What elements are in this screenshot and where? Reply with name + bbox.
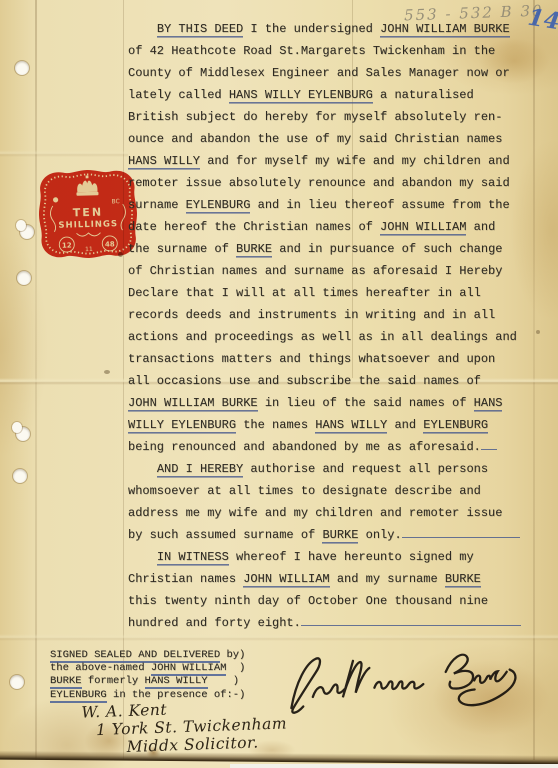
typed-text: and for myself my wife and my children a…	[200, 154, 510, 168]
typed-text: a naturalised	[373, 88, 474, 102]
typed-text: this twenty ninth day of October One tho…	[128, 594, 488, 608]
typed-text: all occasions use and subscribe the said…	[128, 374, 481, 388]
typed-text: Christian names	[128, 572, 243, 586]
punch-hole	[20, 225, 34, 239]
stamp-value-top: TEN	[73, 206, 104, 220]
stamp-code: BC	[111, 198, 119, 205]
underlined-text: JOHN WILLIAM BURKE	[380, 22, 510, 36]
underlined-text: HANS WILLY	[128, 154, 200, 168]
deed-body-line: BY THIS DEED I the undersigned JOHN WILL…	[128, 18, 552, 40]
deed-poll-document: TEN SHILLINGS BC 12 11 48 553 - 532 B 30…	[0, 0, 558, 768]
deed-body-line: being renounced and abandoned by me as a…	[128, 436, 552, 458]
typed-text: only.	[358, 528, 401, 542]
witness-signature-block: W. A. Kent 1 York St. Twickenham Middx S…	[81, 696, 288, 757]
deed-body-line: this twenty ninth day of October One tho…	[128, 590, 552, 612]
typed-text: the surname of	[128, 242, 236, 256]
underlined-text: HANS WILLY EYLENBURG	[229, 88, 373, 102]
page-bottom-edge	[0, 751, 558, 765]
underlined-text: JOHN WILLIAM BURKE	[128, 396, 258, 410]
deed-body-line: County of Middlesex Engineer and Sales M…	[128, 62, 552, 84]
typed-text: records deeds and instruments in writing…	[128, 308, 495, 322]
deed-body-line: of 42 Heathcote Road St.Margarets Twicke…	[128, 40, 552, 62]
ink-rule-line	[301, 621, 521, 626]
deed-body-line: the surname of BURKE and in pursuance of…	[128, 238, 552, 260]
underlined-text: AND I HEREBY	[157, 462, 243, 476]
punch-hole	[13, 469, 27, 483]
underlined-text: EYLENBURG	[50, 689, 107, 701]
deed-body-line: by such assumed surname of BURKE only.	[128, 524, 552, 546]
attestation-line: SIGNED SEALED AND DELIVERED by)	[50, 649, 245, 662]
attestation-line: BURKE formerly HANS WILLY )	[50, 675, 245, 688]
underlined-text: WILLY EYLENBURG	[128, 418, 236, 432]
stamp-value-bottom: SHILLINGS	[58, 219, 118, 231]
paper-speck	[104, 370, 110, 374]
typed-text: of 42 Heathcote Road St.Margarets Twicke…	[128, 44, 495, 58]
underlined-text: JOHN WILLIAM	[380, 220, 466, 234]
underlined-text: JOHN WILLIAM	[243, 572, 329, 586]
burke-ink-signature	[274, 629, 540, 729]
ink-rule-line	[402, 533, 520, 538]
deed-body-line: WILLY EYLENBURG the names HANS WILLY and…	[128, 414, 552, 436]
attestation-line: the above-named JOHN WILLIAM )	[50, 662, 245, 675]
underlined-text: BURKE	[445, 572, 481, 586]
underlined-text: SIGNED SEALED AND DELIVERED	[50, 649, 220, 661]
typed-text: the above-named	[50, 662, 151, 674]
deed-body-line: HANS WILLY and for myself my wife and my…	[128, 150, 552, 172]
stamp-number-left: 12	[62, 241, 72, 249]
deed-body-line: ounce and abandon the use of my said Chr…	[128, 128, 552, 150]
deed-body-line: transactions matters and things whatsoev…	[128, 348, 552, 370]
underlined-text: HANS WILLY	[315, 418, 387, 432]
typed-text: Declare that I will at all times hereaft…	[128, 286, 481, 300]
deed-body-line: address me my wife and my children and r…	[128, 502, 552, 524]
typed-text: the names	[236, 418, 315, 432]
deed-body-line: Declare that I will at all times hereaft…	[128, 282, 552, 304]
typed-text: by such assumed surname of	[128, 528, 322, 542]
deed-body-line: actions and proceedings as well as in al…	[128, 326, 552, 348]
attestation-block: SIGNED SEALED AND DELIVERED by)the above…	[50, 649, 245, 702]
deed-body-text: BY THIS DEED I the undersigned JOHN WILL…	[128, 18, 552, 634]
fold-crease-horizontal-upper	[0, 150, 128, 157]
typed-text: and	[387, 418, 423, 432]
punch-hole	[17, 271, 31, 285]
underlined-text: BURKE	[236, 242, 272, 256]
typed-text: I the undersigned	[243, 22, 380, 36]
typed-text: actions and proceedings as well as in al…	[128, 330, 517, 344]
underlined-text: HANS WILLY	[145, 675, 208, 687]
typed-text	[128, 22, 157, 36]
deed-body-line: of Christian names and surname as afores…	[128, 260, 552, 282]
typed-text	[128, 462, 157, 476]
underlined-text: BURKE	[50, 675, 82, 687]
deed-body-line: date hereof the Christian names of JOHN …	[128, 216, 552, 238]
deed-body-line: JOHN WILLIAM BURKE in lieu of the said n…	[128, 392, 552, 414]
ink-rule-line	[481, 445, 497, 450]
typed-text: date hereof the Christian names of	[128, 220, 380, 234]
punch-hole	[16, 427, 30, 441]
typed-text: ounce and abandon the use of my said Chr…	[128, 132, 502, 146]
underlined-text: EYLENBURG	[423, 418, 488, 432]
typed-text: remoter issue absolutely renounce and ab…	[128, 176, 510, 190]
deed-body-line: British subject do hereby for myself abs…	[128, 106, 552, 128]
typed-text: whereof I have hereunto signed my	[229, 550, 474, 564]
typed-text: hundred and forty eight.	[128, 616, 301, 630]
typed-text: and	[466, 220, 495, 234]
deed-body-line: IN WITNESS whereof I have hereunto signe…	[128, 546, 552, 568]
typed-text: lately called	[128, 88, 229, 102]
stamp-number-center: 11	[85, 246, 93, 253]
typed-text: and in lieu thereof assume from the	[250, 198, 509, 212]
deed-body-line: all occasions use and subscribe the said…	[128, 370, 552, 392]
typed-text: )	[226, 662, 245, 674]
underlined-text: BURKE	[322, 528, 358, 542]
typed-text: in lieu of the said names of	[258, 396, 474, 410]
typed-text: by)	[220, 649, 245, 661]
typed-text: and my surname	[330, 572, 445, 586]
deed-body-line: whomsoever at all times to designate des…	[128, 480, 552, 502]
typed-text: British subject do hereby for myself abs…	[128, 110, 502, 124]
punch-hole	[10, 675, 24, 689]
typed-text	[128, 550, 157, 564]
underlined-text: IN WITNESS	[157, 550, 229, 564]
typed-text: address me my wife and my children and r…	[128, 506, 502, 520]
deed-body-line: Christian names JOHN WILLIAM and my surn…	[128, 568, 552, 590]
typed-text: of Christian names and surname as afores…	[128, 264, 502, 278]
underlined-text: BY THIS DEED	[157, 22, 243, 36]
typed-text: County of Middlesex Engineer and Sales M…	[128, 66, 510, 80]
scanner-background-strip	[230, 764, 558, 768]
underlined-text: JOHN WILLIAM	[151, 662, 227, 674]
typed-text: being renounced and abandoned by me as a…	[128, 440, 481, 454]
punch-hole	[15, 61, 29, 75]
underlined-text: HANS	[474, 396, 503, 410]
stamp-number-right: 48	[105, 240, 115, 248]
deed-body-line: remoter issue absolutely renounce and ab…	[128, 172, 552, 194]
deed-body-line: records deeds and instruments in writing…	[128, 304, 552, 326]
typed-text: authorise and request all persons	[243, 462, 488, 476]
typed-text: whomsoever at all times to designate des…	[128, 484, 481, 498]
typed-text: and in pursuance of such change	[272, 242, 502, 256]
typed-text: transactions matters and things whatsoev…	[128, 352, 495, 366]
deed-body-line: AND I HEREBY authorise and request all p…	[128, 458, 552, 480]
typed-text: surname	[128, 198, 186, 212]
ten-shillings-revenue-stamp: TEN SHILLINGS BC 12 11 48	[35, 166, 141, 263]
deed-body-line: surname EYLENBURG and in lieu thereof as…	[128, 194, 552, 216]
typed-text: formerly	[82, 675, 145, 687]
typed-text: )	[208, 675, 240, 687]
underlined-text: EYLENBURG	[186, 198, 251, 212]
deed-body-line: lately called HANS WILLY EYLENBURG a nat…	[128, 84, 552, 106]
